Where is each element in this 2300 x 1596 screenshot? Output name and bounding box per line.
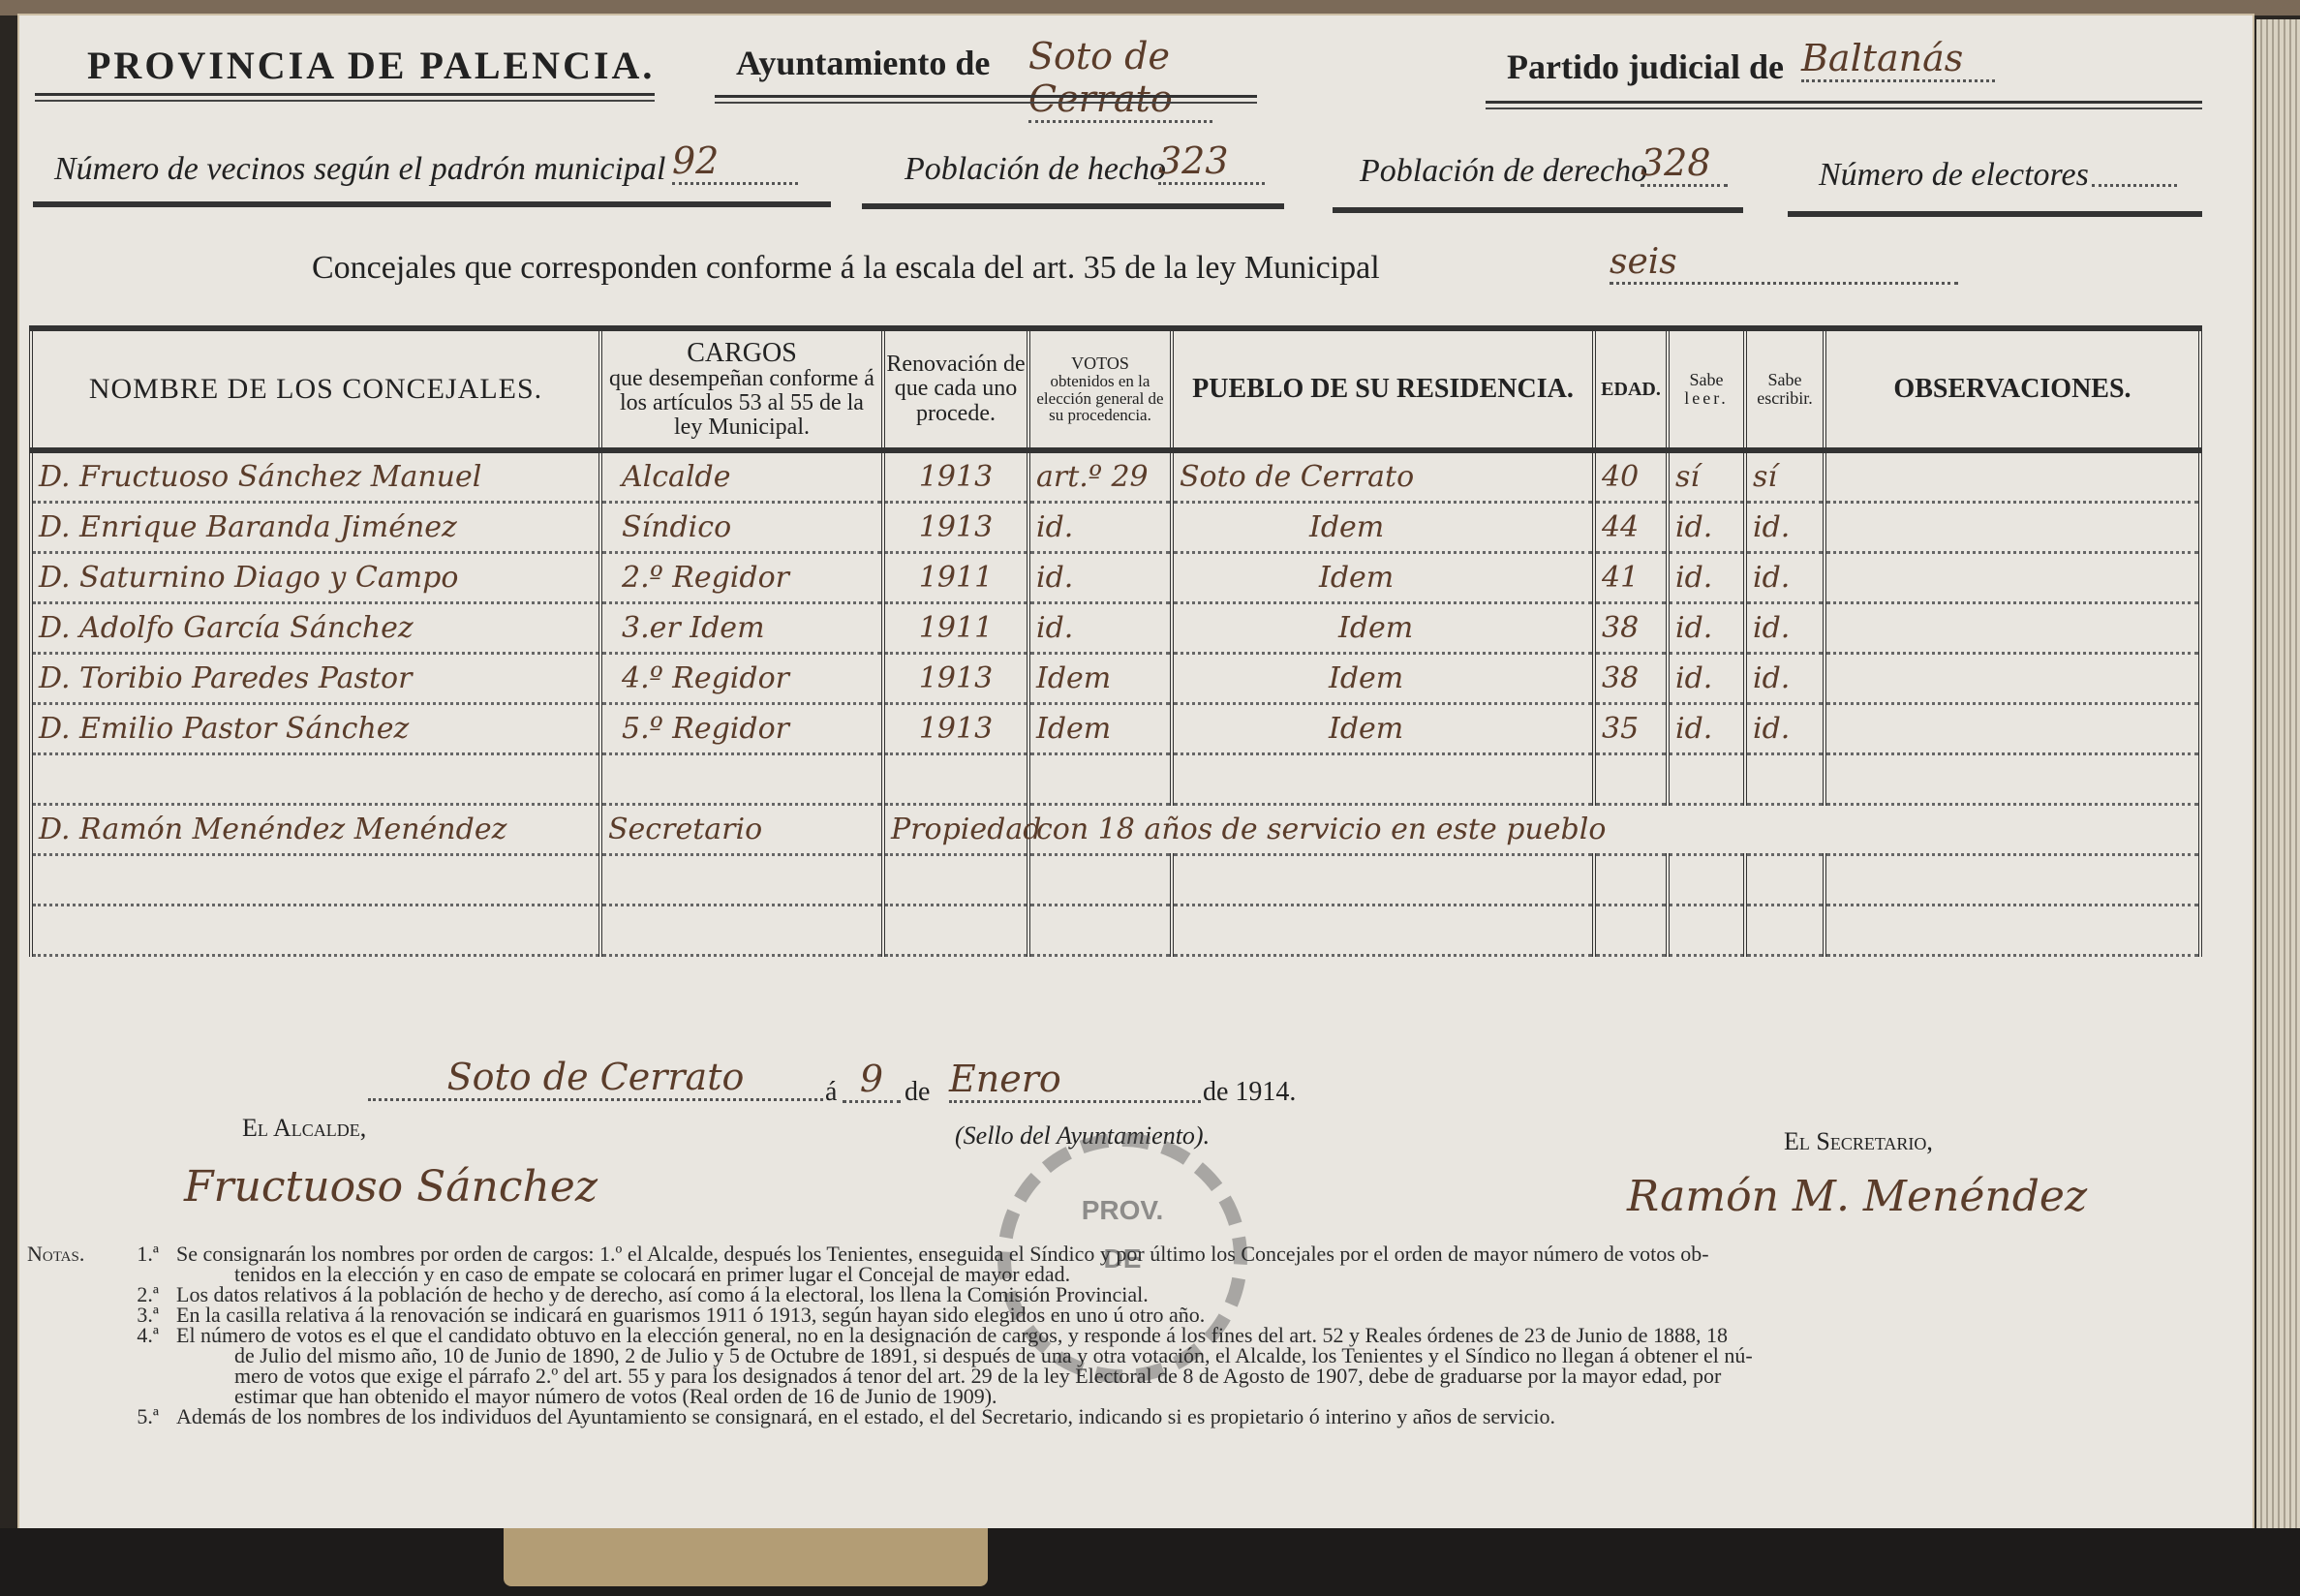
note-line: mero de votos que exige el párrafo 2.º d… — [176, 1366, 2187, 1386]
notes-section: Notas. 1.ª Se consignarán los nombres po… — [27, 1243, 2187, 1427]
cell-pueblo: Idem — [1172, 654, 1594, 704]
col-header-pueblo: PUEBLO DE SU RESIDENCIA. — [1172, 328, 1594, 450]
cell-leer: id. — [1668, 503, 1745, 553]
book-binding-bottom — [0, 1528, 2300, 1596]
cell-renovacion: Propiedad — [883, 805, 1028, 855]
cell-renovacion — [883, 855, 1028, 905]
secretario-label: El Secretario, — [1784, 1127, 1933, 1156]
cell-escribir: id. — [1745, 704, 1825, 754]
cell-cargo — [600, 905, 883, 956]
cell-edad: 44 — [1594, 503, 1668, 553]
cell-observaciones — [1825, 503, 2200, 553]
note-item: 3.ª En la casilla relativa á la renovaci… — [27, 1304, 2187, 1325]
ayuntamiento-value: Soto de Cerrato — [1028, 35, 1212, 123]
note-line: Los datos relativos á la población de he… — [176, 1284, 2187, 1304]
table-row-secretario: D. Ramón Menéndez Menéndez Secretario Pr… — [31, 805, 2200, 855]
cell-leer: id. — [1668, 603, 1745, 654]
poblacion-hecho-value: 323 — [1158, 139, 1265, 185]
cell-escribir: id. — [1745, 603, 1825, 654]
table-header-row: NOMBRE DE LOS CONCEJALES. CARGOS que des… — [31, 328, 2200, 450]
cell-edad: 35 — [1594, 704, 1668, 754]
province-title: PROVINCIA DE PALENCIA. — [87, 43, 655, 88]
dateline-month: Enero — [949, 1058, 1201, 1103]
cell-pueblo: Idem — [1172, 603, 1594, 654]
cell-escribir: id. — [1745, 553, 1825, 603]
cell-cargo — [600, 855, 883, 905]
cell-pueblo: Idem — [1172, 503, 1594, 553]
cell-escribir — [1745, 855, 1825, 905]
cell-edad — [1594, 855, 1668, 905]
poblacion-derecho-label: Población de derecho — [1360, 153, 1647, 190]
census-rule-4 — [1788, 211, 2202, 217]
header-rule-1 — [35, 93, 655, 102]
cell-votos: id. — [1028, 553, 1172, 603]
dateline-place: Soto de Cerrato — [368, 1056, 823, 1101]
cell-leer — [1668, 855, 1745, 905]
cell-nombre: D. Fructuoso Sánchez Manuel — [31, 450, 600, 503]
col-header-sabe-leer: Sabe leer. — [1668, 328, 1745, 450]
cell-pueblo — [1172, 855, 1594, 905]
cell-edad: 38 — [1594, 654, 1668, 704]
cell-nombre — [31, 754, 600, 805]
dateline-de: de — [905, 1077, 930, 1108]
cell-escribir: id. — [1745, 654, 1825, 704]
note-item: Notas. 1.ª Se consignarán los nombres po… — [27, 1243, 2187, 1284]
cell-renovacion: 1913 — [883, 450, 1028, 503]
col-header-sabe-escribir: Sabe escribir. — [1745, 328, 1825, 450]
cell-observaciones — [1825, 754, 2200, 805]
cell-cargo: Alcalde — [600, 450, 883, 503]
cell-observaciones — [1825, 654, 2200, 704]
note-number: 2.ª — [105, 1284, 176, 1304]
stamp-text-top: PROV. — [1011, 1195, 1234, 1226]
vecinos-value: 92 — [672, 139, 798, 185]
col-header-nombre: NOMBRE DE LOS CONCEJALES. — [31, 328, 600, 450]
cell-renovacion: 1913 — [883, 654, 1028, 704]
cell-observaciones — [1825, 450, 2200, 503]
cell-votos: Idem — [1028, 654, 1172, 704]
table-row: D. Enrique Baranda Jiménez Síndico 1913 … — [31, 503, 2200, 553]
cell-leer — [1668, 754, 1745, 805]
col-header-cargos: CARGOS que desempeñan conforme á los art… — [600, 328, 883, 450]
cargos-title: CARGOS — [603, 339, 880, 367]
cell-nombre: D. Saturnino Diago y Campo — [31, 553, 600, 603]
cell-votos: id. — [1028, 503, 1172, 553]
leer-label: leer. — [1671, 389, 1742, 408]
note-item: 5.ª Además de los nombres de los individ… — [27, 1406, 2187, 1427]
col-header-edad: EDAD. — [1594, 328, 1668, 450]
cell-escribir: sí — [1745, 450, 1825, 503]
note-number: 5.ª — [105, 1406, 176, 1427]
table-row — [31, 754, 2200, 805]
cell-edad: 40 — [1594, 450, 1668, 503]
cell-nombre: D. Toribio Paredes Pastor — [31, 654, 600, 704]
note-number: 4.ª — [105, 1325, 176, 1406]
cell-cargo: 3.er Idem — [600, 603, 883, 654]
cell-votos — [1028, 905, 1172, 956]
cell-votos — [1028, 754, 1172, 805]
concejales-table: NOMBRE DE LOS CONCEJALES. CARGOS que des… — [29, 325, 2202, 957]
cell-leer: id. — [1668, 553, 1745, 603]
votos-subtitle: obtenidos en la elección general de su p… — [1031, 373, 1169, 425]
cell-renovacion: 1911 — [883, 603, 1028, 654]
page-edges — [2256, 19, 2300, 1530]
cell-votos: Idem — [1028, 704, 1172, 754]
dateline-day: 9 — [843, 1058, 901, 1103]
census-rule-2 — [862, 203, 1284, 209]
sabe-label: Sabe — [1671, 371, 1742, 389]
note-item: 2.ª Los datos relativos á la población d… — [27, 1284, 2187, 1304]
note-line: El número de votos es el que el candidat… — [176, 1325, 2187, 1345]
cell-nombre: D. Enrique Baranda Jiménez — [31, 503, 600, 553]
cell-leer: id. — [1668, 704, 1745, 754]
cell-observaciones — [1825, 905, 2200, 956]
notes-heading: Notas. — [27, 1243, 105, 1284]
electores-value — [2092, 145, 2177, 187]
note-line: tenidos en la elección y en caso de empa… — [176, 1264, 2187, 1284]
note-number: 1.ª — [105, 1243, 176, 1284]
col-header-observaciones: OBSERVACIONES. — [1825, 328, 2200, 450]
alcalde-label: El Alcalde, — [242, 1114, 366, 1143]
table-row: D. Adolfo García Sánchez 3.er Idem 1911 … — [31, 603, 2200, 654]
note-line: Además de los nombres de los individuos … — [176, 1406, 2187, 1427]
table-row: D. Emilio Pastor Sánchez 5.º Regidor 191… — [31, 704, 2200, 754]
cell-edad — [1594, 905, 1668, 956]
census-rule-1 — [33, 201, 831, 207]
table-row: D. Toribio Paredes Pastor 4.º Regidor 19… — [31, 654, 2200, 704]
cell-leer: id. — [1668, 654, 1745, 704]
note-item: 4.ª El número de votos es el que el cand… — [27, 1325, 2187, 1406]
cell-edad — [1594, 754, 1668, 805]
cell-escribir: id. — [1745, 503, 1825, 553]
cell-escribir — [1745, 905, 1825, 956]
col-header-votos: VOTOS obtenidos en la elección general d… — [1028, 328, 1172, 450]
header-rule-3 — [1486, 101, 2202, 109]
poblacion-derecho-value: 328 — [1641, 141, 1728, 187]
census-rule-3 — [1333, 207, 1743, 213]
dateline-a: á — [825, 1077, 837, 1108]
partido-value: Baltanás — [1801, 37, 1995, 82]
table-row — [31, 905, 2200, 956]
note-number: 3.ª — [105, 1304, 176, 1325]
secretario-signature: Ramón M. Menéndez — [1627, 1172, 2087, 1221]
electores-label: Número de electores — [1819, 157, 2089, 194]
cell-pueblo — [1172, 905, 1594, 956]
alcalde-signature: Fructuoso Sánchez — [184, 1162, 598, 1212]
col-header-renovacion: Renovación de que cada uno procede. — [883, 328, 1028, 450]
partido-label: Partido judicial de — [1507, 46, 1784, 87]
cell-cargo: 2.º Regidor — [600, 553, 883, 603]
sabe-label: Sabe — [1748, 371, 1822, 389]
cell-nombre: D. Ramón Menéndez Menéndez — [31, 805, 600, 855]
cell-cargo: 5.º Regidor — [600, 704, 883, 754]
cell-edad: 41 — [1594, 553, 1668, 603]
cell-votos: art.º 29 — [1028, 450, 1172, 503]
note-line: En la casilla relativa á la renovación s… — [176, 1304, 2187, 1325]
note-line: estimar que han obtenido el mayor número… — [176, 1386, 2187, 1406]
cargos-subtitle: que desempeñan conforme á los artículos … — [603, 367, 880, 441]
cell-pueblo: Soto de Cerrato — [1172, 450, 1594, 503]
cell-pueblo: Idem — [1172, 704, 1594, 754]
votos-title: VOTOS — [1031, 354, 1169, 373]
vecinos-label: Número de vecinos según el padrón munici… — [54, 151, 665, 188]
cell-observaciones — [1825, 704, 2200, 754]
cell-cargo: 4.º Regidor — [600, 654, 883, 704]
note-line: de Julio del mismo año, 10 de Junio de 1… — [176, 1345, 2187, 1366]
ayuntamiento-label: Ayuntamiento de — [736, 43, 990, 83]
cell-renovacion: 1913 — [883, 704, 1028, 754]
cell-secretario-service: con 18 años de servicio en este pueblo — [1028, 805, 2200, 855]
cell-leer — [1668, 905, 1745, 956]
cell-cargo: Síndico — [600, 503, 883, 553]
cell-observaciones — [1825, 553, 2200, 603]
dateline-year: de 1914. — [1203, 1077, 1296, 1108]
table-row: D. Fructuoso Sánchez Manuel Alcalde 1913… — [31, 450, 2200, 503]
cell-observaciones — [1825, 603, 2200, 654]
cell-nombre: D. Emilio Pastor Sánchez — [31, 704, 600, 754]
cell-edad: 38 — [1594, 603, 1668, 654]
cell-nombre — [31, 905, 600, 956]
cell-pueblo — [1172, 754, 1594, 805]
cell-leer: sí — [1668, 450, 1745, 503]
cell-nombre: D. Adolfo García Sánchez — [31, 603, 600, 654]
cell-observaciones — [1825, 855, 2200, 905]
cell-cargo: Secretario — [600, 805, 883, 855]
header-rule-2 — [715, 95, 1257, 104]
cell-cargo — [600, 754, 883, 805]
concejales-label: Concejales que corresponden conforme á l… — [312, 250, 1380, 287]
cell-renovacion — [883, 754, 1028, 805]
table-row: D. Saturnino Diago y Campo 2.º Regidor 1… — [31, 553, 2200, 603]
cell-renovacion: 1913 — [883, 503, 1028, 553]
cell-nombre — [31, 855, 600, 905]
poblacion-hecho-label: Población de hecho — [905, 151, 1166, 188]
cell-escribir — [1745, 754, 1825, 805]
cell-renovacion — [883, 905, 1028, 956]
table-row — [31, 855, 2200, 905]
note-line: Se consignarán los nombres por orden de … — [176, 1243, 2187, 1264]
escribir-label: escribir. — [1748, 389, 1822, 408]
cell-renovacion: 1911 — [883, 553, 1028, 603]
concejales-value: seis — [1610, 242, 1958, 285]
cell-pueblo: Idem — [1172, 553, 1594, 603]
binding-tab — [504, 1528, 988, 1586]
cell-votos — [1028, 855, 1172, 905]
cell-votos: id. — [1028, 603, 1172, 654]
